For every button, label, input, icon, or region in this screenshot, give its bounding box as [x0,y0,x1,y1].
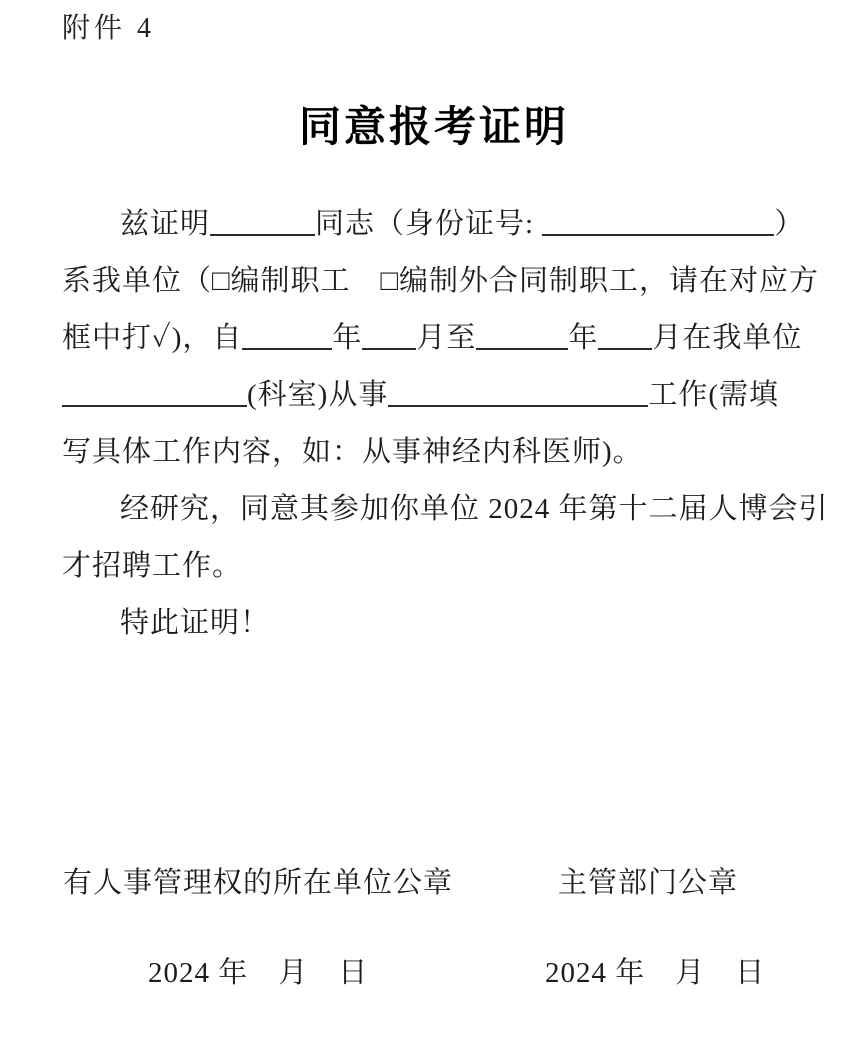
body-line: 特此证明！ [62,595,818,652]
document-page: 附件 4 同意报考证明 兹证明同志（身份证号: ）系我单位（□编制职工 □编制外… [0,0,868,1037]
blank-field [388,375,648,407]
blank-field [210,204,315,236]
employer-stamp-label: 有人事管理权的所在单位公章 [63,860,453,901]
body-line: 系我单位（□编制职工 □编制外合同制职工，请在对应方 [62,253,818,310]
blank-field [476,318,568,350]
blank-field [242,318,332,350]
body-text: 同志（身份证号: [315,208,542,240]
body-text: (科室)从事 [247,379,388,411]
body-line: 兹证明同志（身份证号: ） [62,196,818,253]
supervising-department-date: 2024 年 月 日 [545,950,765,991]
body-text: 年 [568,322,598,354]
body-text: 月至 [416,322,476,354]
blank-field [62,375,247,407]
body-text: 写具体工作内容，如：从事神经内科医师)。 [62,436,643,468]
body-text: 框中打✓)，自 [62,322,242,354]
body-text: 经研究，同意其参加你单位 2024 年第十二届人博会引 [120,493,829,525]
body-text: 月在我单位 [652,322,802,354]
body-line: 经研究，同意其参加你单位 2024 年第十二届人博会引 [62,481,818,538]
supervising-department-stamp-label: 主管部门公章 [558,860,738,901]
body-text: 特此证明！ [120,607,270,639]
body-text: 年 [332,322,362,354]
blank-field [542,204,774,236]
body-text: 兹证明 [120,208,210,240]
body-line: 框中打✓)，自年月至年月在我单位 [62,310,818,367]
employer-date: 2024 年 月 日 [148,950,368,991]
document-title: 同意报考证明 [0,94,868,154]
blank-field [598,318,652,350]
attachment-label: 附件 4 [62,6,155,46]
body-line: 写具体工作内容，如：从事神经内科医师)。 [62,424,818,481]
document-body: 兹证明同志（身份证号: ）系我单位（□编制职工 □编制外合同制职工，请在对应方框… [62,196,818,652]
body-text: 工作(需填 [648,379,779,411]
body-text: 才招聘工作。 [62,550,242,582]
body-text: 系我单位（□编制职工 □编制外合同制职工，请在对应方 [62,265,819,297]
body-line: 才招聘工作。 [62,538,818,595]
blank-field [362,318,416,350]
body-line: (科室)从事工作(需填 [62,367,818,424]
body-text: ） [774,208,804,240]
